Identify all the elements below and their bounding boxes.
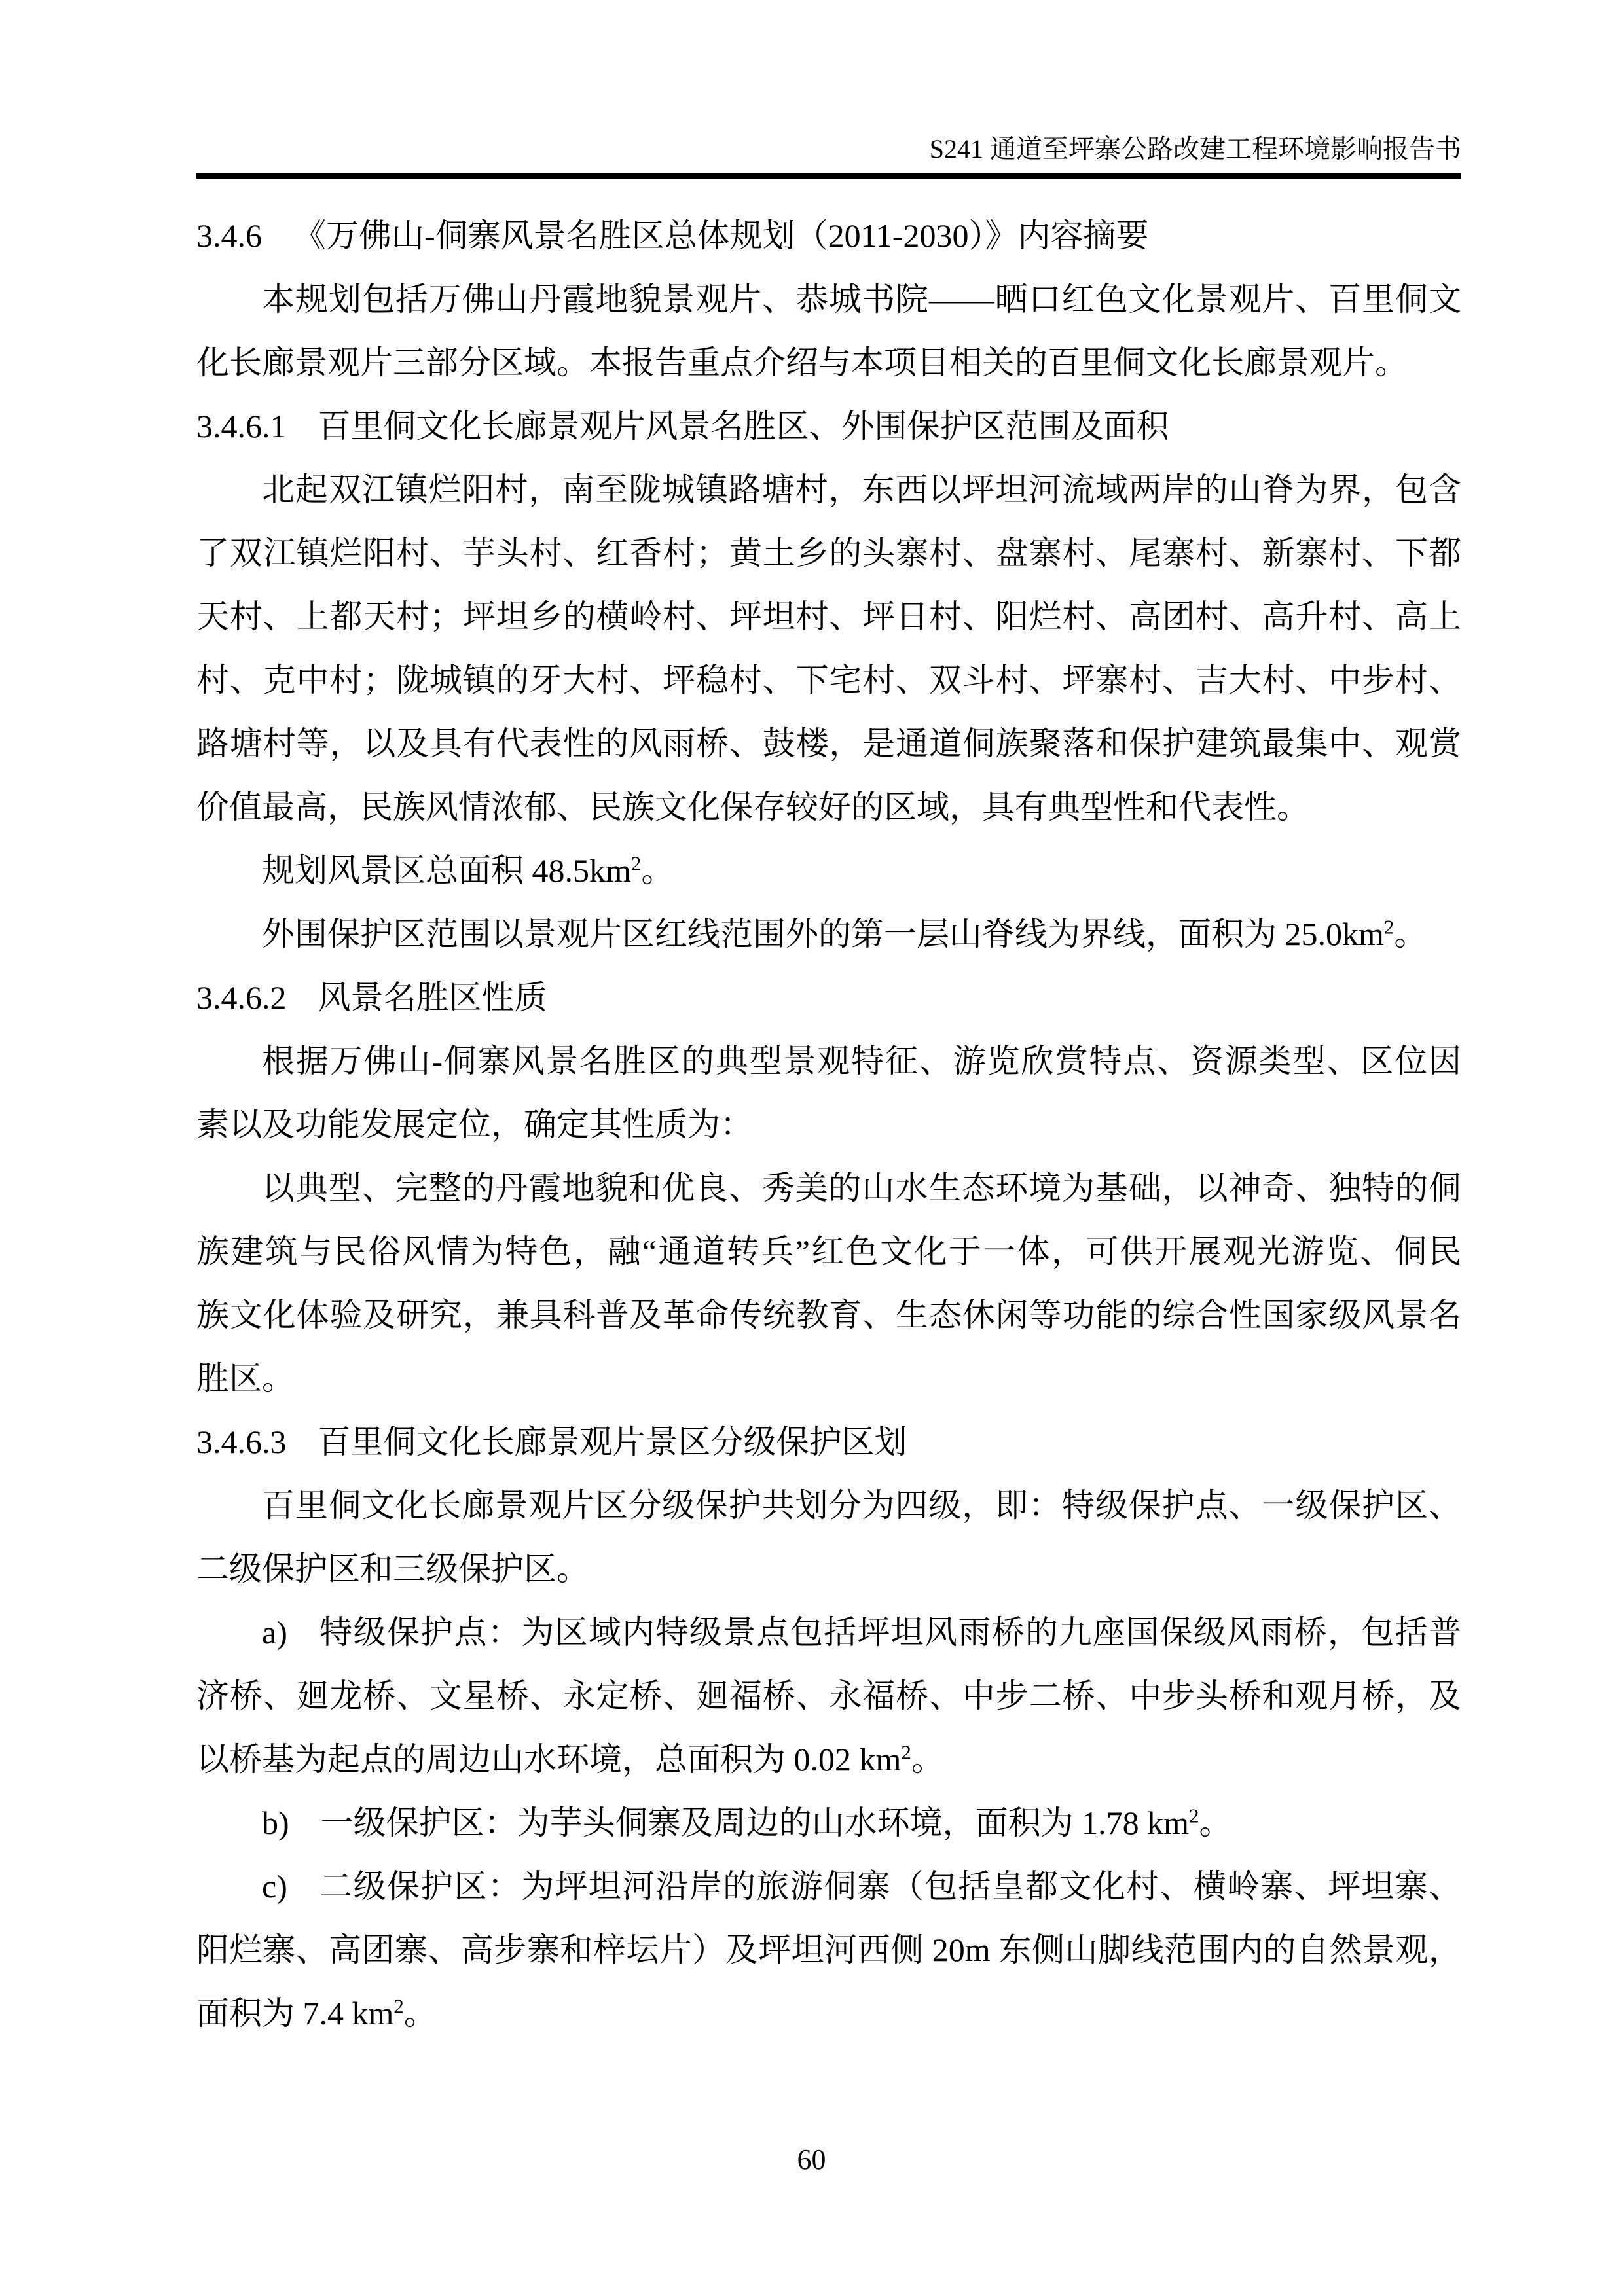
header-title: S241 通道至坪寨公路改建工程环境影响报告书 [930, 134, 1461, 164]
section-heading-line: 3.4.6.3百里侗文化长廊景观片景区分级保护区划 [196, 1410, 1461, 1474]
text-segment: 百里侗文化长廊景观片区分级保护共划分为四级，即：特级保护点、一级保护区、 [262, 1487, 1461, 1524]
text-segment: 面积为 7.4 km [196, 1995, 393, 2032]
superscript: 2 [1384, 915, 1395, 938]
body-text-line: 外围保护区范围以景观片区红线范围外的第一层山脊线为界线，面积为 25.0km2。 [196, 903, 1461, 966]
text-segment: 化长廊景观片三部分区域。本报告重点介绍与本项目相关的百里侗文化长廊景观片。 [196, 344, 1408, 381]
text-segment: c) [262, 1868, 287, 1905]
text-segment: 风景名胜区性质 [318, 979, 547, 1016]
text-segment: 。 [1199, 1804, 1232, 1841]
body-text-line: 济桥、廻龙桥、文星桥、永定桥、廻福桥、永福桥、中步二桥、中步头桥和观月桥，及 [196, 1664, 1461, 1728]
text-segment: b) [262, 1804, 289, 1841]
body-text-line: 以桥基为起点的周边山水环境，总面积为 0.02 km2。 [196, 1728, 1461, 1791]
text-segment: 族文化体验及研究，兼具科普及革命传统教育、生态休闲等功能的综合性国家级风景名 [196, 1297, 1461, 1333]
section-heading-line: 3.4.6.2风景名胜区性质 [196, 966, 1461, 1030]
superscript: 2 [1189, 1804, 1199, 1827]
body-text-line: 天村、上都天村；坪坦乡的横岭村、坪坦村、坪日村、阳烂村、高团村、高升村、高上 [196, 585, 1461, 649]
text-segment: 二级保护区和三级保护区。 [196, 1551, 589, 1587]
superscript: 2 [901, 1740, 911, 1763]
text-segment: 百里侗文化长廊景观片景区分级保护区划 [318, 1424, 907, 1460]
text-segment: 路塘村等，以及具有代表性的风雨桥、鼓楼，是通道侗族聚落和保护建筑最集中、观赏 [196, 725, 1461, 762]
body-text-line: 族建筑与民俗风情为特色，融“通道转兵”红色文化于一体，可供开展观光游览、侗民 [196, 1220, 1461, 1283]
body-text-line: 素以及功能发展定位，确定其性质为： [196, 1093, 1461, 1157]
text-segment: 二级保护区：为坪坦河沿岸的旅游侗寨（包括皇都文化村、横岭寨、坪坦寨、 [319, 1868, 1461, 1905]
text-segment: 一级保护区：为芋头侗寨及周边的山水环境，面积为 1.78 km [321, 1804, 1189, 1841]
body-text-line: b)一级保护区：为芋头侗寨及周边的山水环境，面积为 1.78 km2。 [196, 1791, 1461, 1855]
text-segment: 。 [641, 852, 674, 889]
text-segment: 北起双江镇烂阳村，南至陇城镇路塘村，东西以坪坦河流域两岸的山脊为界，包含 [262, 471, 1461, 508]
text-segment: 。 [911, 1741, 944, 1778]
body-text-line: 路塘村等，以及具有代表性的风雨桥、鼓楼，是通道侗族聚落和保护建筑最集中、观赏 [196, 712, 1461, 776]
body-text-line: 根据万佛山-侗寨风景名胜区的典型景观特征、游览欣赏特点、资源类型、区位因 [196, 1030, 1461, 1093]
text-segment: 特级保护点：为区域内特级景点包括坪坦风雨桥的九座国保级风雨桥，包括普 [319, 1614, 1461, 1651]
body-text-line: a)特级保护点：为区域内特级景点包括坪坦风雨桥的九座国保级风雨桥，包括普 [196, 1601, 1461, 1664]
text-segment: 本规划包括万佛山丹霞地貌景观片、恭城书院——晒口红色文化景观片、百里侗文 [262, 281, 1461, 317]
text-segment: 百里侗文化长廊景观片风景名胜区、外围保护区范围及面积 [318, 408, 1169, 444]
text-segment: 根据万佛山-侗寨风景名胜区的典型景观特征、游览欣赏特点、资源类型、区位因 [262, 1043, 1461, 1079]
body-text-line: 本规划包括万佛山丹霞地貌景观片、恭城书院——晒口红色文化景观片、百里侗文 [196, 268, 1461, 331]
section-heading-line: 3.4.6《万佛山-侗寨风景名胜区总体规划（2011-2030）》内容摘要 [196, 204, 1461, 268]
body-text-line: 化长廊景观片三部分区域。本报告重点介绍与本项目相关的百里侗文化长廊景观片。 [196, 331, 1461, 395]
text-segment: 《万佛山-侗寨风景名胜区总体规划（2011-2030）》内容摘要 [293, 217, 1148, 254]
superscript: 2 [631, 852, 642, 874]
body-text-line: 阳烂寨、高团寨、高步寨和梓坛片）及坪坦河西侧 20m 东侧山脚线范围内的自然景观… [196, 1918, 1461, 1982]
text-segment: 以典型、完整的丹霞地貌和优良、秀美的山水生态环境为基础，以神奇、独特的侗 [262, 1170, 1461, 1206]
body-text-line: 面积为 7.4 km2。 [196, 1982, 1461, 2045]
text-segment: 族建筑与民俗风情为特色，融“通道转兵”红色文化于一体，可供开展观光游览、侗民 [196, 1233, 1461, 1270]
body-text-line: 规划风景区总面积 48.5km2。 [196, 839, 1461, 903]
text-segment: 胜区。 [196, 1360, 295, 1397]
text-segment: 阳烂寨、高团寨、高步寨和梓坛片）及坪坦河西侧 20m 东侧山脚线范围内的自然景观… [196, 1931, 1461, 1968]
section-heading-line: 3.4.6.1百里侗文化长廊景观片风景名胜区、外围保护区范围及面积 [196, 395, 1461, 458]
body-text-line: 二级保护区和三级保护区。 [196, 1537, 1461, 1601]
page-header: S241 通道至坪寨公路改建工程环境影响报告书 [196, 132, 1461, 166]
body-text-line: 族文化体验及研究，兼具科普及革命传统教育、生态休闲等功能的综合性国家级风景名 [196, 1283, 1461, 1347]
text-segment: 3.4.6 [196, 217, 262, 254]
document-page: S241 通道至坪寨公路改建工程环境影响报告书 3.4.6《万佛山-侗寨风景名胜… [0, 0, 1623, 2296]
body-text-line: 北起双江镇烂阳村，南至陇城镇路塘村，东西以坪坦河流域两岸的山脊为界，包含 [196, 458, 1461, 522]
text-segment: 素以及功能发展定位，确定其性质为： [196, 1106, 753, 1143]
text-segment: 规划风景区总面积 48.5km [262, 852, 631, 889]
text-segment: 天村、上都天村；坪坦乡的横岭村、坪坦村、坪日村、阳烂村、高团村、高升村、高上 [196, 598, 1461, 635]
body-text-line: 胜区。 [196, 1347, 1461, 1410]
body-text-line: 百里侗文化长廊景观片区分级保护共划分为四级，即：特级保护点、一级保护区、 [196, 1474, 1461, 1537]
text-segment: 。 [404, 1995, 437, 2032]
text-segment: a) [262, 1614, 287, 1651]
document-body: 3.4.6《万佛山-侗寨风景名胜区总体规划（2011-2030）》内容摘要本规划… [196, 204, 1461, 2045]
body-text-line: 价值最高，民族风情浓郁、民族文化保存较好的区域，具有典型性和代表性。 [196, 776, 1461, 839]
text-segment: 以桥基为起点的周边山水环境，总面积为 0.02 km [196, 1741, 901, 1778]
page-number: 60 [797, 2144, 826, 2176]
text-segment: 3.4.6.2 [196, 979, 287, 1016]
text-segment: 村、克中村；陇城镇的牙大村、坪稳村、下宅村、双斗村、坪寨村、吉大村、中步村、 [196, 662, 1461, 698]
text-segment: 价值最高，民族风情浓郁、民族文化保存较好的区域，具有典型性和代表性。 [196, 789, 1309, 825]
page-footer: 60 [0, 2142, 1623, 2178]
body-text-line: 以典型、完整的丹霞地貌和优良、秀美的山水生态环境为基础，以神奇、独特的侗 [196, 1157, 1461, 1220]
superscript: 2 [393, 1994, 404, 2017]
text-segment: 济桥、廻龙桥、文星桥、永定桥、廻福桥、永福桥、中步二桥、中步头桥和观月桥，及 [196, 1677, 1461, 1714]
text-segment: 3.4.6.1 [196, 408, 287, 444]
text-segment: 。 [1394, 916, 1427, 952]
body-text-line: 村、克中村；陇城镇的牙大村、坪稳村、下宅村、双斗村、坪寨村、吉大村、中步村、 [196, 649, 1461, 712]
header-rule [196, 173, 1461, 179]
text-segment: 了双江镇烂阳村、芋头村、红香村；黄土乡的头寨村、盘寨村、尾寨村、新寨村、下都 [196, 535, 1461, 571]
body-text-line: c)二级保护区：为坪坦河沿岸的旅游侗寨（包括皇都文化村、横岭寨、坪坦寨、 [196, 1855, 1461, 1918]
body-text-line: 了双江镇烂阳村、芋头村、红香村；黄土乡的头寨村、盘寨村、尾寨村、新寨村、下都 [196, 522, 1461, 585]
text-segment: 外围保护区范围以景观片区红线范围外的第一层山脊线为界线，面积为 25.0km [262, 916, 1384, 952]
text-segment: 3.4.6.3 [196, 1424, 287, 1460]
